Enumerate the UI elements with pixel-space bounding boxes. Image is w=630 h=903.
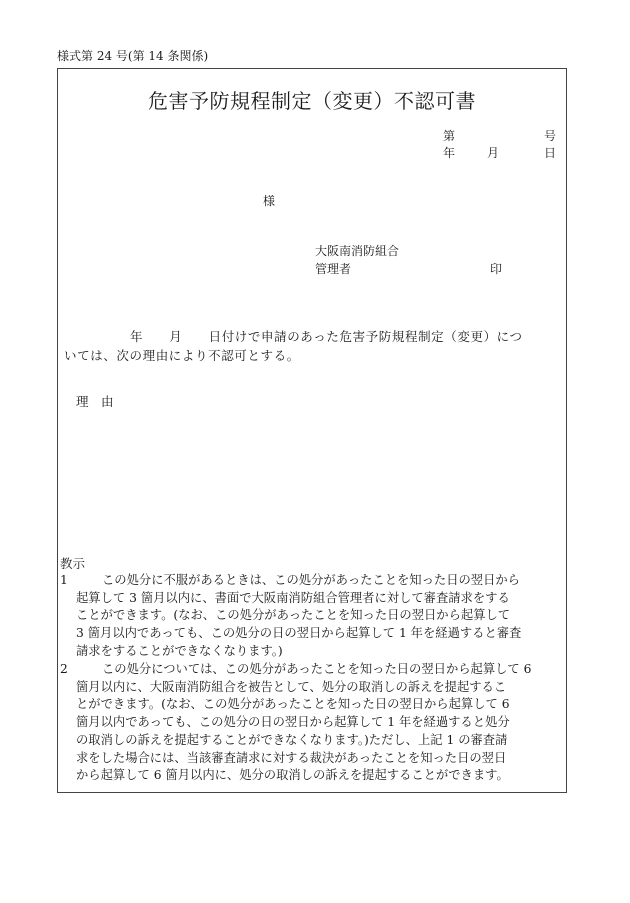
item-line: 求をした場合には、当該審査請求に対する裁決があったことを知った日の翌日 [60, 750, 560, 768]
instruction-item-1: 1 この処分に不服があるときは、この処分があったことを知った日の翌日から 起算し… [60, 572, 560, 661]
body-paragraph: 年 月 日付けで申請のあった危害予防規程制定（変更）につ いては、次の理由により… [64, 327, 558, 365]
date-year: 年 [443, 144, 455, 161]
addressee-honorific: 様 [263, 192, 275, 209]
issuer-title: 管理者 [315, 260, 351, 277]
body-line-2: いては、次の理由により不認可とする。 [64, 346, 558, 365]
item-line: 請求をすることができなくなります。) [60, 643, 560, 661]
item-line: から起算して 6 箇月以内に、処分の取消しの訴えを提起することができます。 [60, 767, 560, 785]
item-number: 2 [60, 661, 68, 679]
document-title: 危害予防規程制定（変更）不認可書 [58, 85, 566, 114]
seal-mark: 印 [490, 260, 502, 277]
form-number-label: 様式第 24 号(第 14 条関係) [57, 47, 208, 64]
instruction-item-2: 2 この処分については、この処分があったことを知った日の翌日から起算して 6 箇… [60, 661, 560, 785]
document-frame: 危害予防規程制定（変更）不認可書 第 号 年 月 日 様 大阪南消防組合 管理者… [57, 68, 567, 793]
number-suffix: 号 [544, 127, 556, 144]
date-month: 月 [487, 144, 499, 161]
reason-label: 理 由 [76, 392, 114, 410]
item-line: 起算して 3 箇月以内に、書面で大阪南消防組合管理者に対して審査請求をする [60, 590, 560, 608]
item-line: この処分に不服があるときは、この処分があったことを知った日の翌日から [60, 572, 560, 590]
instructions-heading: 教示 [60, 554, 85, 572]
item-line: とができます。(なお、この処分があったことを知った日の翌日から起算して 6 [60, 696, 560, 714]
date-day: 日 [544, 144, 556, 161]
item-line: ことができます。(なお、この処分があったことを知った日の翌日から起算して [60, 607, 560, 625]
issuer-organization: 大阪南消防組合 [315, 242, 399, 259]
item-line: の取消しの訴えを提起することができなくなります。)ただし、上記 1 の審査請 [60, 732, 560, 750]
item-line: 箇月以内であっても、この処分の日の翌日から起算して 1 年を経過すると処分 [60, 714, 560, 732]
number-prefix: 第 [443, 127, 455, 144]
item-line: この処分については、この処分があったことを知った日の翌日から起算して 6 [60, 661, 560, 679]
item-line: 箇月以内に、大阪南消防組合を被告として、処分の取消しの訴えを提起するこ [60, 679, 560, 697]
item-line: 3 箇月以内であっても、この処分の日の翌日から起算して 1 年を経過すると審査 [60, 625, 560, 643]
body-line-1: 年 月 日付けで申請のあった危害予防規程制定（変更）につ [64, 327, 558, 346]
item-number: 1 [60, 572, 68, 590]
